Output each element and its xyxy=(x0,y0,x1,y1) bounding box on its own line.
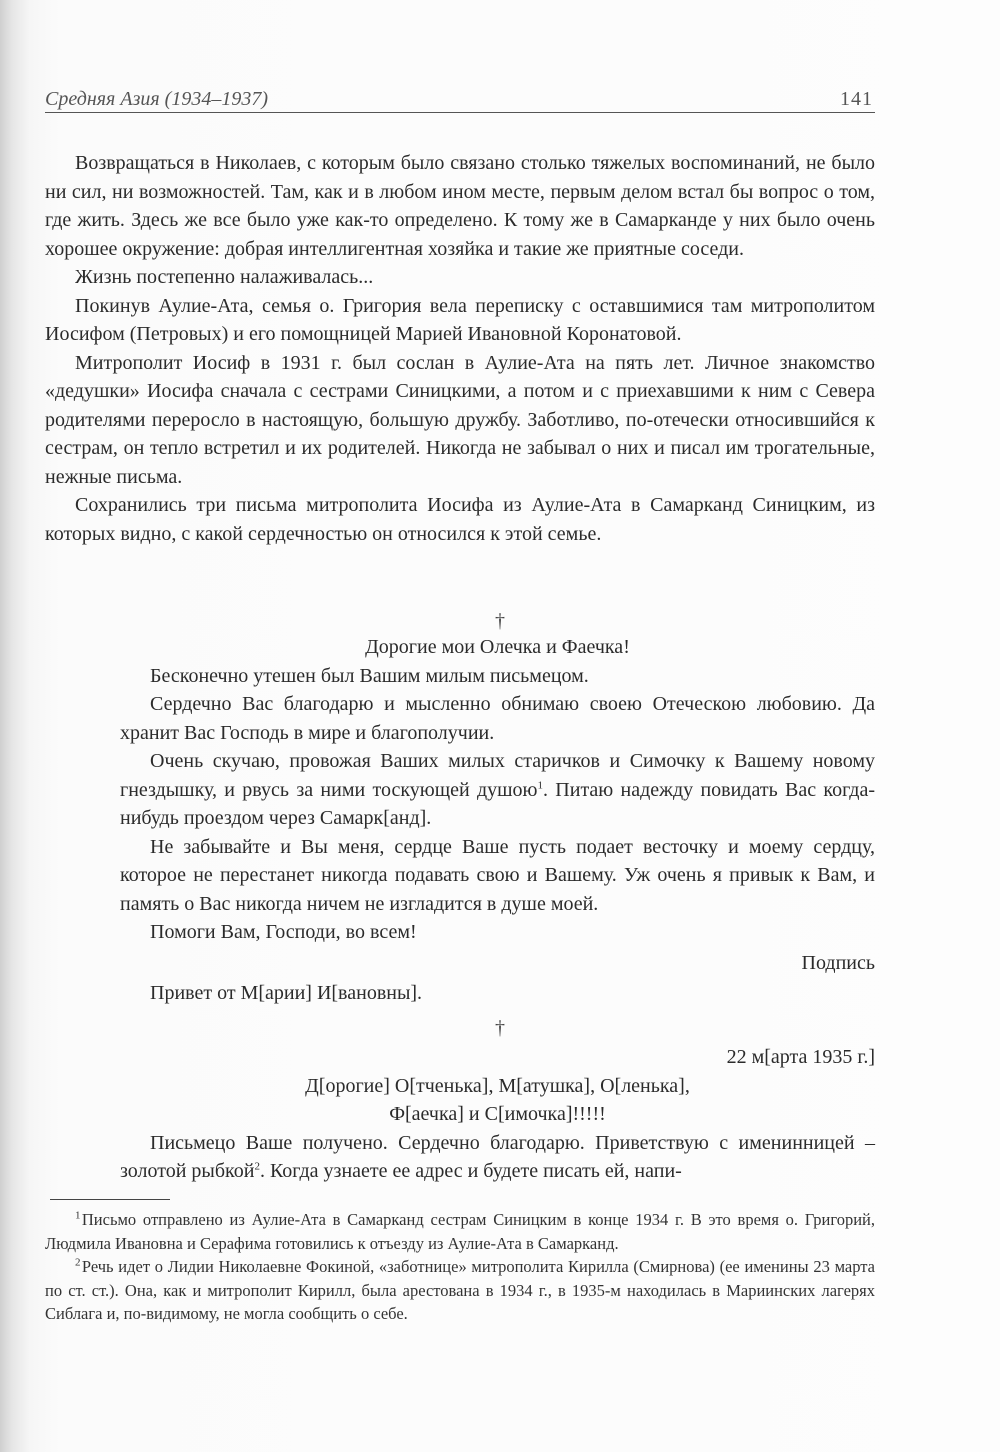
letter-paragraph: Очень скучаю, провожая Ваших милых стари… xyxy=(120,747,875,833)
page-number: 141 xyxy=(840,86,873,112)
letter-signature: Подпись xyxy=(120,949,875,978)
letter-paragraph: Не забывайте и Вы меня, сердце Ваше пуст… xyxy=(120,833,875,919)
chapter-title: Средняя Азия (1934–1937) xyxy=(45,86,268,112)
book-page: Средняя Азия (1934–1937) 141 Возвращатьс… xyxy=(0,0,1000,1452)
letter-2: 22 м[арта 1935 г.] Д[орогие] О[тченька],… xyxy=(120,1043,875,1186)
footnote: 2 Речь идет о Лидии Николаевне Фокиной, … xyxy=(45,1255,875,1326)
letter-1: Дорогие мои Олечка и Фаечка! Бесконечно … xyxy=(120,633,875,1008)
paragraph: Сохранились три письма митрополита Иосиф… xyxy=(45,491,875,548)
footnote: 1 Письмо отправлено из Аулие-Ата в Самар… xyxy=(45,1208,875,1255)
body-text: Возвращаться в Николаев, с которым было … xyxy=(45,149,875,548)
footnotes: 1 Письмо отправлено из Аулие-Ата в Самар… xyxy=(45,1208,875,1326)
letter-salutation: Дорогие мои Олечка и Фаечка! xyxy=(120,633,875,662)
cross-icon: † xyxy=(0,1017,1000,1040)
letter-salutation: Д[орогие] О[тченька], М[атушка], О[леньк… xyxy=(120,1072,875,1101)
letter-date: 22 м[арта 1935 г.] xyxy=(120,1043,875,1072)
letter-salutation: Ф[аечка] и С[имочка]!!!!! xyxy=(120,1100,875,1129)
letter-paragraph: Письмецо Ваше получено. Сердечно благода… xyxy=(120,1129,875,1186)
letter-postscript: Привет от М[арии] И[вановны]. xyxy=(120,979,875,1008)
footnote-divider xyxy=(50,1199,170,1200)
letter-paragraph: Помоги Вам, Господи, во всем! xyxy=(120,918,875,947)
letter-paragraph: Сердечно Вас благодарю и мысленно обнима… xyxy=(120,690,875,747)
letter-paragraph: Бесконечно утешен был Вашим милым письме… xyxy=(120,662,875,691)
cross-icon: † xyxy=(0,610,1000,633)
paragraph: Митрополит Иосиф в 1931 г. был сослан в … xyxy=(45,349,875,492)
paragraph: Покинув Аулие-Ата, семья о. Григория вел… xyxy=(45,292,875,349)
paragraph: Жизнь постепенно налаживалась... xyxy=(45,263,875,292)
paragraph: Возвращаться в Николаев, с которым было … xyxy=(45,149,875,263)
running-head: Средняя Азия (1934–1937) 141 xyxy=(45,86,875,113)
